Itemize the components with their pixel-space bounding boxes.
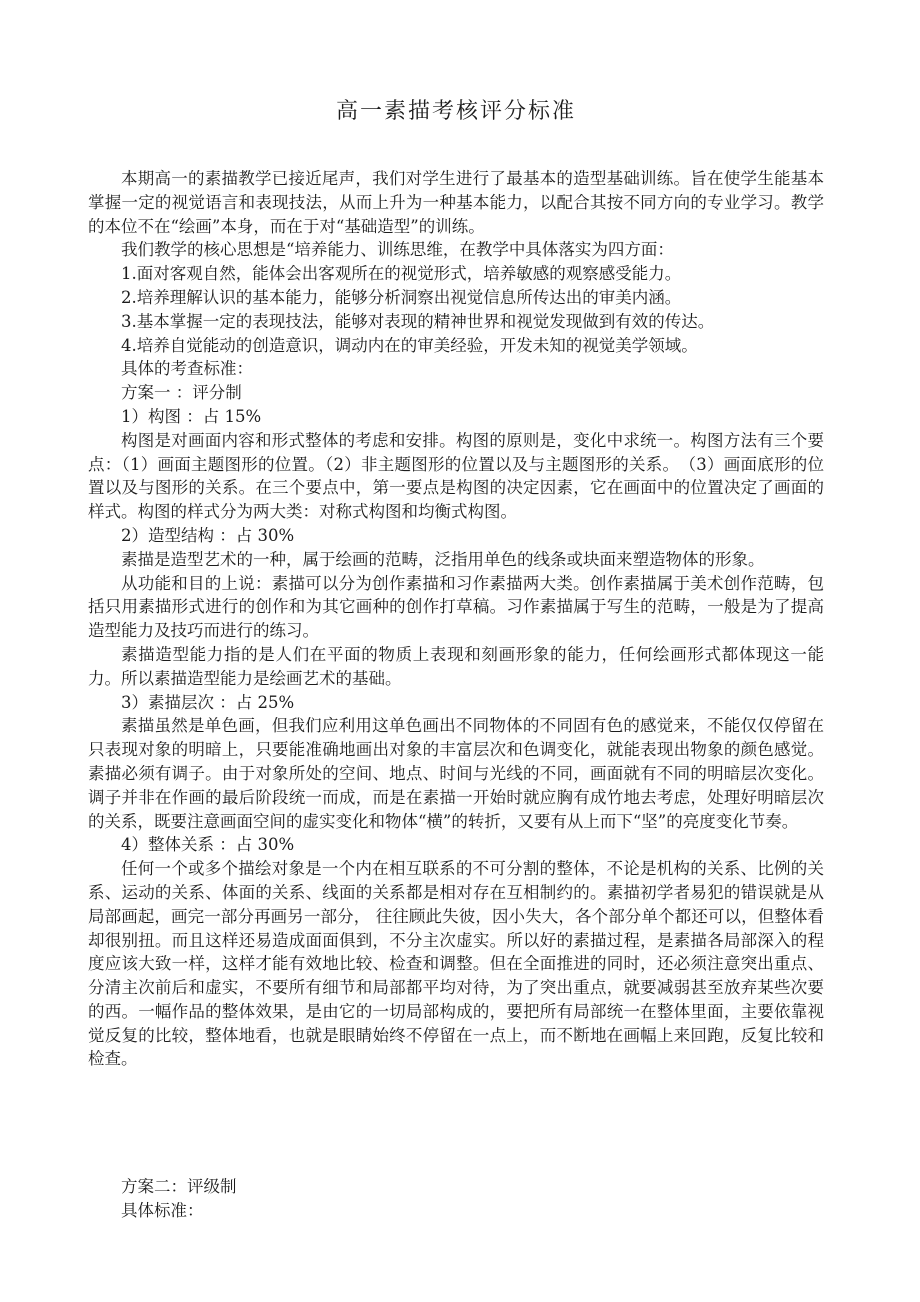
scheme1-section2-paragraph-1: 素描是造型艺术的一种，属于绘画的范畴，泛指用单色的线条或块面来塑造物体的形象。 bbox=[88, 548, 824, 572]
scheme1-section3-heading: 3）素描层次 ：占 25% bbox=[88, 691, 824, 715]
scheme1-section2-paragraph-3: 素描造型能力指的是人们在平面的物质上表现和刻画形象的能力，任何绘画形式都体现这一… bbox=[88, 643, 824, 691]
scheme2-heading: 方案二：评级制 bbox=[88, 1175, 824, 1199]
scheme1-section4-heading: 4）整体关系 ：占 30% bbox=[88, 833, 824, 857]
teaching-goal-2: 2.培养理解认识的基本能力，能够分析洞察出视觉信息所传达出的审美内涵。 bbox=[88, 286, 824, 310]
intro-paragraph: 本期高一的素描教学已接近尾声，我们对学生进行了最基本的造型基础训练。旨在使学生能… bbox=[88, 167, 824, 238]
scheme1-heading: 方案一 ：评分制 bbox=[88, 381, 824, 405]
scheme1-section1-paragraph: 构图是对画面内容和形式整体的考虑和安排。构图的原则是，变化中求统一。构图方法有三… bbox=[88, 429, 824, 524]
core-idea-paragraph: 我们教学的核心思想是“培养能力、训练思维，在教学中具体落实为四方面： bbox=[88, 238, 824, 262]
scheme2-criteria-label: 具体标准： bbox=[88, 1199, 824, 1223]
scheme1-section4-paragraph: 任何一个或多个描绘对象是一个内在相互联系的不可分割的整体，不论是机构的关系、比例… bbox=[88, 857, 824, 1071]
teaching-goal-1: 1.面对客观自然，能体会出客观所在的视觉形式，培养敏感的观察感受能力。 bbox=[88, 262, 824, 286]
scheme1-section1-heading: 1）构图 ：占 15% bbox=[88, 405, 824, 429]
document-page: 高一素描考核评分标准 本期高一的素描教学已接近尾声，我们对学生进行了最基本的造型… bbox=[0, 0, 920, 1302]
scheme1-section2-heading: 2）造型结构 ：占 30% bbox=[88, 524, 824, 548]
teaching-goal-3: 3.基本掌握一定的表现技法，能够对表现的精神世界和视觉发现做到有效的传达。 bbox=[88, 310, 824, 334]
scheme1-section2-paragraph-2: 从功能和目的上说：素描可以分为创作素描和习作素描两大类。创作素描属于美术创作范畴… bbox=[88, 572, 824, 643]
exam-criteria-label: 具体的考查标准： bbox=[88, 357, 824, 381]
teaching-goal-4: 4.培养自觉能动的创造意识，调动内在的审美经验，开发未知的视觉美学领域。 bbox=[88, 334, 824, 358]
scheme1-section3-paragraph: 素描虽然是单色画，但我们应利用这单色画出不同物体的不同固有色的感觉来，不能仅仅停… bbox=[88, 714, 824, 833]
document-title: 高一素描考核评分标准 bbox=[88, 97, 824, 127]
